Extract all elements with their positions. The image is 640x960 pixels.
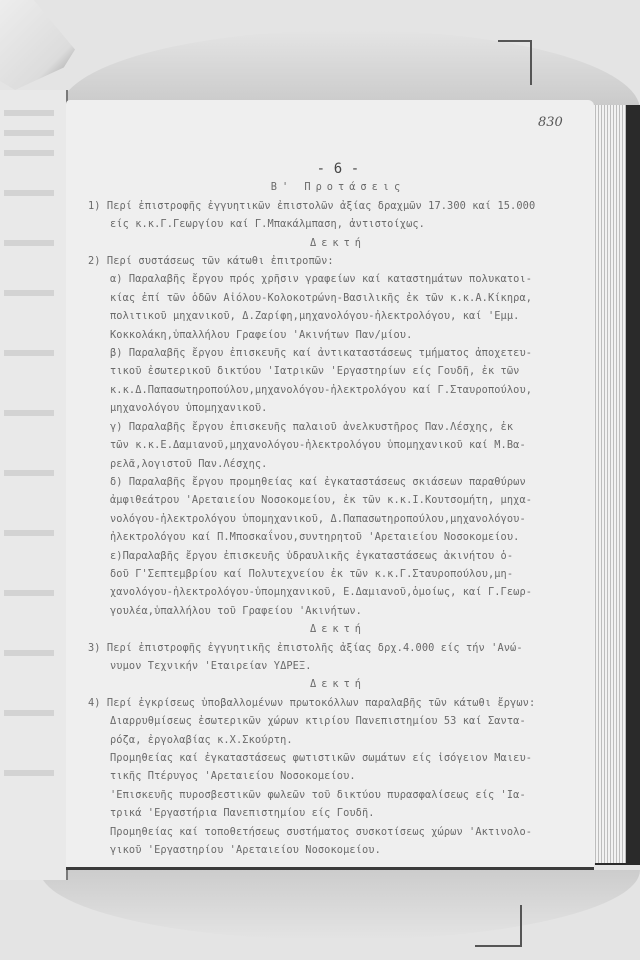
item-3: 3) Περί ἐπιστροφῆς ἐγγυητικῆς ἐπιστολῆς … — [88, 639, 588, 676]
text-line: γ) Παραλαβῆς ἔργου ἐπισκευῆς παλαιοῦ ἀνε… — [88, 418, 588, 436]
text-line: ἀμφιθεάτρου 'Αρεταιείου Νοσοκομείου, ἐκ … — [88, 491, 588, 509]
left-page-edge — [0, 90, 68, 880]
crop-mark-top — [498, 40, 532, 42]
text-line: κίας ἐπί τῶν ὁδῶν Αἰόλου-Κολοκοτρώνη-Βασ… — [88, 289, 588, 307]
document-body: - 6 - Β' Προτάσεις 1) Περί ἐπιστροφῆς ἐγ… — [88, 160, 588, 859]
decision-label: Δεκτή — [88, 675, 588, 693]
text-line: ρόζα, ἐργολαβίας κ.Χ.Σκούρτη. — [88, 731, 588, 749]
background-shadow-bottom — [40, 870, 640, 940]
curled-paper-corner — [0, 0, 75, 90]
crop-mark-top-vertical — [530, 40, 532, 85]
text-line: τικοῦ ἐσωτερικοῦ δικτύου 'Ιατρικῶν 'Εργα… — [88, 362, 588, 380]
section-heading: Β' Προτάσεις — [88, 178, 588, 196]
text-line: νολόγου-ἠλεκτρολόγου ὑπομηχανικοῦ, Δ.Παπ… — [88, 510, 588, 528]
text-line: β) Παραλαβῆς ἔργου ἐπισκευῆς καί ἀντικατ… — [88, 344, 588, 362]
crop-mark-bottom — [475, 945, 522, 947]
text-line: είς κ.κ.Γ.Γεωργίου καί Γ.Μπακάλμπαση, ἀν… — [88, 215, 588, 233]
text-line: κ.κ.Δ.Παπασωτηροπούλου,μηχανολόγου-ἠλεκτ… — [88, 381, 588, 399]
text-line: 1) Περί ἐπιστροφῆς ἐγγυητικῶν ἐπιστολῶν … — [88, 197, 588, 215]
text-line: ε)Παραλαβῆς ἔργου ἐπισκευῆς ὑδραυλικῆς ἐ… — [88, 547, 588, 565]
text-line: τρικά 'Εργαστήρια Πανεπιστημίου είς Γουδ… — [88, 804, 588, 822]
text-line: 'Επισκευῆς πυροσβεστικῶν φωλεῶν τοῦ δικτ… — [88, 786, 588, 804]
text-line: νυμον Τεχνικήν 'Εταιρείαν ΥΔΡΕΞ. — [88, 657, 588, 675]
text-line: τῶν κ.κ.Ε.Δαμιανοῦ,μηχανολόγου-ἠλεκτρολό… — [88, 436, 588, 454]
folio-number: 830 — [538, 115, 563, 130]
page-edges — [590, 105, 626, 863]
item-2: 2) Περί συστάσεως τῶν κάτωθι ἐπιτροπῶν: … — [88, 252, 588, 620]
text-line: Διαρρυθμίσεως ἐσωτερικῶν χώρων κτιρίου Π… — [88, 712, 588, 730]
text-line: ρελᾶ,λογιστοῦ Παν.Λέσχης. — [88, 455, 588, 473]
text-line: γικοῦ 'Εργαστηρίου 'Αρεταιείου Νοσοκομεί… — [88, 841, 588, 859]
text-line: Κοκκολάκη,ὑπαλλήλου Γραφείου 'Ακινήτων Π… — [88, 326, 588, 344]
crop-mark-bottom-vertical — [520, 905, 522, 945]
background-shadow-top — [60, 30, 640, 110]
text-line: 4) Περί ἐγκρίσεως ὑποβαλλομένων πρωτοκόλ… — [88, 694, 588, 712]
text-line: δ) Παραλαβῆς ἔργου προμηθείας καί ἐγκατα… — [88, 473, 588, 491]
text-line: ἠλεκτρολόγου καί Π.Μποσκαΐνου,συντηρητοῦ… — [88, 528, 588, 546]
text-line: δοῦ Γ'Σεπτεμβρίου καί Πολυτεχνείου ἐκ τῶ… — [88, 565, 588, 583]
item-1: 1) Περί ἐπιστροφῆς ἐγγυητικῶν ἐπιστολῶν … — [88, 197, 588, 234]
text-line: πολιτικοῦ μηχανικοῦ, Δ.Ζαρίφη,μηχανολόγο… — [88, 307, 588, 325]
text-line: γουλέα,ὑπαλλήλου τοῦ Γραφείου 'Ακινήτων. — [88, 602, 588, 620]
text-line: 2) Περί συστάσεως τῶν κάτωθι ἐπιτροπῶν: — [88, 252, 588, 270]
item-4: 4) Περί ἐγκρίσεως ὑποβαλλομένων πρωτοκόλ… — [88, 694, 588, 860]
text-line: α) Παραλαβῆς ἔργου πρός χρῆσιν γραφείων … — [88, 270, 588, 288]
text-line: χανολόγου-ἠλεκτρολόγου-ὑπομηχανικοῦ, Ε.Δ… — [88, 583, 588, 601]
text-line: Προμηθείας καί ἐγκαταστάσεως φωτιστικῶν … — [88, 749, 588, 767]
text-line: τικῆς Πτέρυγος 'Αρεταιείου Νοσοκομείου. — [88, 767, 588, 785]
page-number: - 6 - — [88, 160, 588, 178]
text-line: Προμηθείας καί τοποθετήσεως συστήματος σ… — [88, 823, 588, 841]
decision-label: Δεκτή — [88, 234, 588, 252]
text-line: 3) Περί ἐπιστροφῆς ἐγγυητικῆς ἐπιστολῆς … — [88, 639, 588, 657]
text-line: μηχανολόγου ὑπομηχανικοῦ. — [88, 399, 588, 417]
decision-label: Δεκτή — [88, 620, 588, 638]
